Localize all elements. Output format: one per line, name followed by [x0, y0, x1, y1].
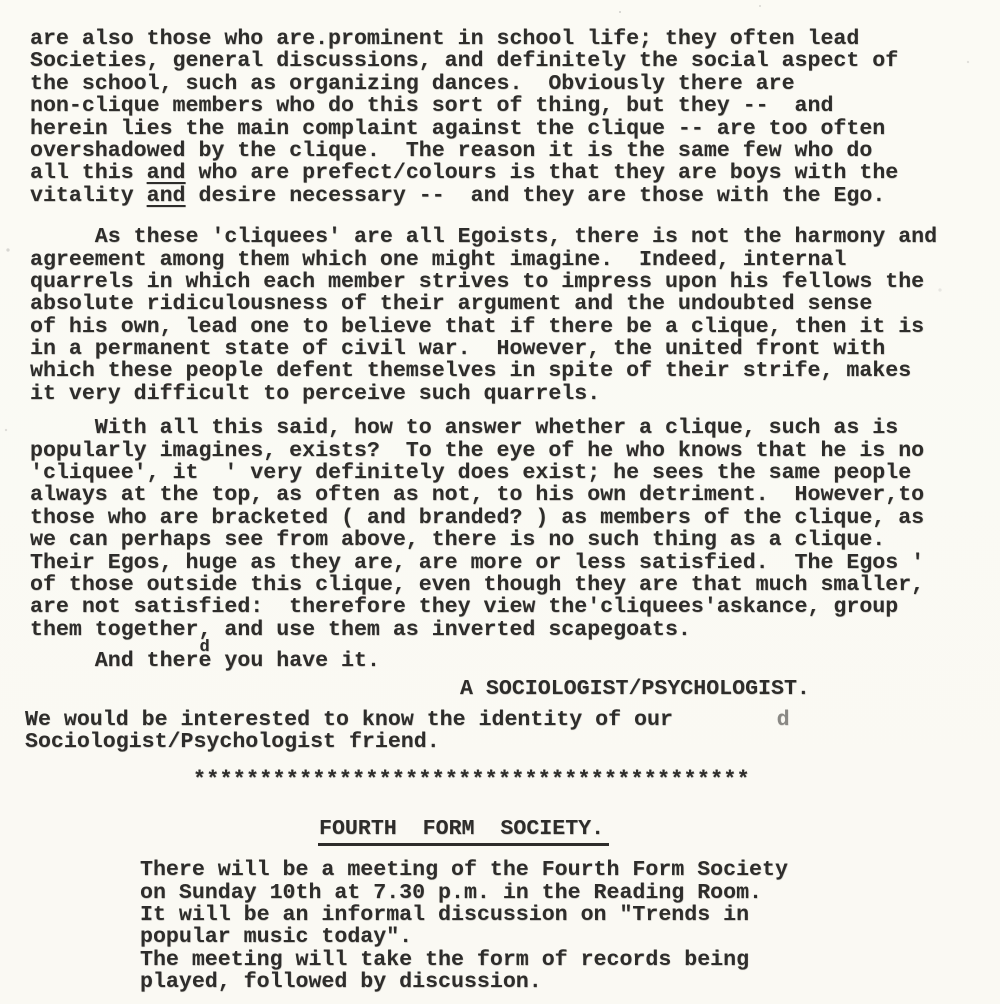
underlined-word: and [147, 161, 186, 185]
text-line: The meeting will take the form of record… [140, 949, 1000, 971]
text-line: the school, such as organizing dances. O… [30, 73, 1000, 95]
text-segment: And ther [30, 649, 198, 673]
faint-typed-letter: d [673, 708, 790, 732]
text-line: agreement among them which one might ima… [30, 249, 1000, 271]
paragraph-clique-conclusion: With all this said, how to answer whethe… [30, 417, 1000, 641]
underlined-word: and [147, 184, 186, 208]
text-line: overshadowed by the clique. The reason i… [30, 140, 1000, 162]
text-line: Societies, general discussions, and defi… [30, 50, 1000, 72]
asterisk-divider: ****************************************… [193, 769, 1000, 791]
text-line: popular music today". [140, 926, 1000, 948]
text-line: those who are bracketed ( and branded? )… [30, 507, 1000, 529]
text-line: 'cliquee', it ' very definitely does exi… [30, 462, 1000, 484]
text-line: on Sunday 10th at 7.30 p.m. in the Readi… [140, 882, 1000, 904]
text-line: Their Egos, huge as they are, are more o… [30, 552, 1000, 574]
text-line: There will be a meeting of the Fourth Fo… [140, 859, 1000, 881]
text-line: are also those who are.prominent in scho… [30, 28, 1000, 50]
attribution-line: A SOCIOLOGIST/PSYCHOLOGIST. [460, 678, 1000, 700]
text-line: of his own, lead one to believe that if … [30, 316, 1000, 338]
text-line: Sociologist/Psychologist friend. [25, 731, 1000, 753]
text-line: them together, and use them as inverted … [30, 619, 1000, 641]
text-segment: We would be interested to know the ident… [25, 708, 673, 732]
text-line: quarrels in which each member strives to… [30, 271, 1000, 293]
text-line: absolute ridiculousness of their argumen… [30, 293, 1000, 315]
text-segment: desire necessary -- and they are those w… [186, 184, 886, 208]
editor-note: We would be interested to know the ident… [25, 709, 1000, 754]
text-line: played, followed by discussion. [140, 971, 1000, 993]
society-notice: There will be a meeting of the Fourth Fo… [140, 859, 1000, 993]
paragraph-cliques-lead: are also those who are.prominent in scho… [30, 28, 1000, 207]
paragraph-egoists-quarrels: As these 'cliquees' are all Egoists, the… [30, 226, 1000, 405]
corrected-letter: ed [198, 650, 211, 672]
section-heading-row: FOURTH FORM SOCIETY. [318, 817, 1000, 846]
text-line: herein lies the main complaint against t… [30, 118, 1000, 140]
text-line: all this and who are prefect/colours is … [30, 162, 1000, 184]
text-line: popularly imagines, exists? To the eye o… [30, 440, 1000, 462]
text-segment: vitality [30, 184, 147, 208]
text-line: are not satisfied: therefore they view t… [30, 596, 1000, 618]
text-line: of those outside this clique, even thoug… [30, 574, 1000, 596]
signoff-line: And thered you have it. [30, 650, 1000, 672]
text-line: non-clique members who do this sort of t… [30, 95, 1000, 117]
text-segment: you have it. [211, 649, 379, 673]
text-line: It will be an informal discussion on "Tr… [140, 904, 1000, 926]
text-line: always at the top, as often as not, to h… [30, 484, 1000, 506]
text-line: As these 'cliquees' are all Egoists, the… [30, 226, 1000, 248]
text-line: it very difficult to perceive such quarr… [30, 383, 1000, 405]
section-heading: FOURTH FORM SOCIETY. [318, 817, 609, 846]
text-line: we can perhaps see from above, there is … [30, 529, 1000, 551]
text-line: We would be interested to know the ident… [25, 709, 1000, 731]
text-segment: who are prefect/colours is that they are… [186, 161, 899, 185]
text-line: in a permanent state of civil war. Howev… [30, 338, 1000, 360]
text-line: With all this said, how to answer whethe… [30, 417, 1000, 439]
text-line: which these people defent themselves in … [30, 360, 1000, 382]
scanned-typewritten-page: are also those who are.prominent in scho… [0, 0, 1000, 1004]
text-segment: all this [30, 161, 147, 185]
text-line: vitality and desire necessary -- and the… [30, 185, 1000, 207]
superscript-correction: d [199, 639, 209, 656]
